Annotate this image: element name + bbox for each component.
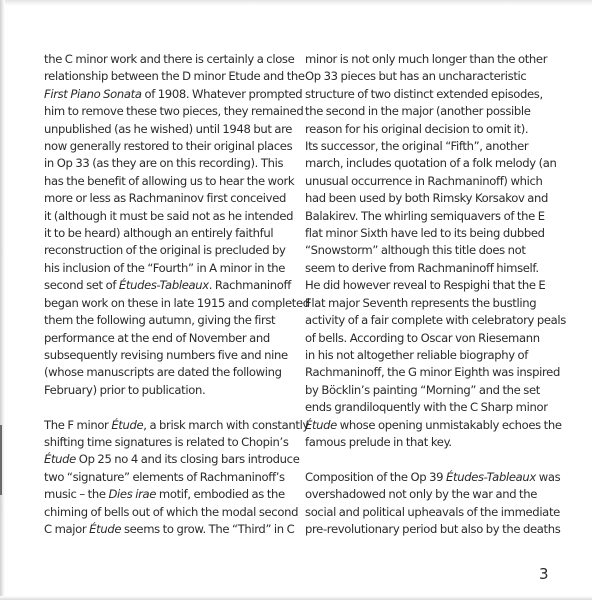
italic-title: Études-Tableaux — [119, 278, 209, 292]
text-run: whose opening unmistakably echoes the — [337, 418, 562, 432]
text-line: Rachmaninoff, the G minor Eighth was ins… — [305, 364, 567, 381]
right-text-column: minor is not only much longer than the o… — [305, 51, 567, 538]
text-line: Étude Op 25 no 4 and its closing bars in… — [44, 451, 294, 468]
text-run: C major — [44, 522, 89, 536]
page-top-edge — [0, 0, 592, 6]
text-line: march, includes quotation of a folk melo… — [305, 155, 567, 172]
text-line: pre-revolutionary period but also by the… — [305, 521, 567, 538]
paragraph: The F minor Étude, a brisk march with co… — [44, 417, 294, 539]
text-line: reason for his original decision to omit… — [305, 121, 567, 138]
text-run: (whose manuscripts are dated the followi… — [44, 365, 282, 379]
text-line: more or less as Rachmaninov first concei… — [44, 190, 294, 207]
text-line: C major Étude seems to grow. The “Third”… — [44, 521, 294, 538]
text-run: second set of — [44, 278, 119, 292]
text-line: two “signature” elements of Rachmaninoff… — [44, 469, 294, 486]
text-line: He did however reveal to Respighi that t… — [305, 277, 567, 294]
text-line: seem to derive from Rachmaninoff himself… — [305, 260, 567, 277]
left-text-column: the C minor work and there is certainly … — [44, 51, 294, 538]
text-run: in Op 33 (as they are on this recording)… — [44, 156, 283, 170]
text-line: First Piano Sonata of 1908. Whatever pro… — [44, 86, 294, 103]
text-run: them the following autumn, giving the fi… — [44, 313, 275, 327]
text-run: subsequently revising numbers five and n… — [44, 348, 288, 362]
text-run: had been used by both Rimsky Korsakov an… — [305, 191, 548, 205]
text-run: overshadowed not only by the war and the — [305, 487, 537, 501]
text-line: reconstruction of the original is preclu… — [44, 242, 294, 259]
page-number: 3 — [539, 565, 549, 583]
text-line: it (although it must be said not as he i… — [44, 208, 294, 225]
text-run: unusual occurrence in Rachmaninoff) whic… — [305, 174, 542, 188]
italic-title: Étude — [89, 522, 121, 536]
text-run: by Böcklin’s painting “Morning” and the … — [305, 383, 540, 397]
text-run: Op 33 pieces but has an uncharacteristic — [305, 69, 526, 83]
text-line: Composition of the Op 39 Études-Tableaux… — [305, 469, 567, 486]
text-line: Étude whose opening unmistakably echoes … — [305, 417, 567, 434]
paragraph: Composition of the Op 39 Études-Tableaux… — [305, 469, 567, 539]
text-line: his inclusion of the “Fourth” in A minor… — [44, 260, 294, 277]
text-line: structure of two distinct extended episo… — [305, 86, 567, 103]
italic-title: Dies irae — [108, 487, 156, 501]
text-run: , a brisk march with constantly — [143, 418, 309, 432]
text-run: in his not altogether reliable biography… — [305, 348, 528, 362]
italic-title: Étude — [305, 418, 337, 432]
text-run: famous prelude in that key. — [305, 435, 452, 449]
text-line: “Snowstorm” although this title does not — [305, 242, 567, 259]
italic-title: Études-Tableaux — [446, 470, 536, 484]
text-line: the C minor work and there is certainly … — [44, 51, 294, 68]
binding-shadow — [0, 425, 2, 495]
text-run: seems to grow. The “Third” in C — [121, 522, 294, 536]
text-line: The F minor Étude, a brisk march with co… — [44, 417, 294, 434]
text-run: relationship between the D minor Etude a… — [44, 69, 305, 83]
text-line: them the following autumn, giving the fi… — [44, 312, 294, 329]
text-run: Rachmaninoff, the G minor Eighth was ins… — [305, 365, 560, 379]
text-line: social and political upheavals of the im… — [305, 504, 567, 521]
paragraph: minor is not only much longer than the o… — [305, 51, 567, 451]
text-run: . Rachmaninoff — [209, 278, 291, 292]
text-line: unpublished (as he wished) until 1948 bu… — [44, 121, 294, 138]
text-line: in his not altogether reliable biography… — [305, 347, 567, 364]
text-line: second set of Études-Tableaux. Rachmanin… — [44, 277, 294, 294]
text-line: unusual occurrence in Rachmaninoff) whic… — [305, 173, 567, 190]
text-line: of bells. According to Oscar von Riesema… — [305, 330, 567, 347]
text-run: two “signature” elements of Rachmaninoff… — [44, 470, 285, 484]
text-run: music – the — [44, 487, 108, 501]
text-line: by Böcklin’s painting “Morning” and the … — [305, 382, 567, 399]
text-line: music – the Dies irae motif, embodied as… — [44, 486, 294, 503]
text-run: seem to derive from Rachmaninoff himself… — [305, 261, 539, 275]
text-run: The F minor — [44, 418, 111, 432]
text-line: has the benefit of allowing us to hear t… — [44, 173, 294, 190]
text-run: ends grandiloquently with the C Sharp mi… — [305, 400, 548, 414]
text-line: famous prelude in that key. — [305, 434, 567, 451]
text-line: had been used by both Rimsky Korsakov an… — [305, 190, 567, 207]
paragraph-gap — [44, 399, 294, 416]
italic-title: Étude — [111, 418, 143, 432]
text-run: Op 25 no 4 and its closing bars introduc… — [76, 452, 300, 466]
text-line: performance at the end of November and — [44, 330, 294, 347]
text-run: Balakirev. The whirling semiquavers of t… — [305, 209, 545, 223]
text-run: the C minor work and there is certainly … — [44, 52, 294, 66]
text-run: chiming of bells out of which the modal … — [44, 505, 298, 519]
text-run: his inclusion of the “Fourth” in A minor… — [44, 261, 285, 275]
text-run: the second in the major (another possibl… — [305, 104, 531, 118]
text-line: now generally restored to their original… — [44, 138, 294, 155]
page-bottom-edge — [0, 596, 592, 600]
text-line: began work on these in late 1915 and com… — [44, 295, 294, 312]
text-line: February) prior to publication. — [44, 382, 294, 399]
text-run: has the benefit of allowing us to hear t… — [44, 174, 294, 188]
text-run: Its successor, the original “Fifth”, ano… — [305, 139, 528, 153]
text-run: social and political upheavals of the im… — [305, 505, 560, 519]
text-line: activity of a fair complete with celebra… — [305, 312, 567, 329]
text-run: flat minor Sixth have led to its being d… — [305, 226, 545, 240]
text-run: began work on these in late 1915 and com… — [44, 296, 310, 310]
paragraph: the C minor work and there is certainly … — [44, 51, 294, 399]
text-run: it to be heard) although an entirely fai… — [44, 226, 273, 240]
text-line: flat minor Sixth have led to its being d… — [305, 225, 567, 242]
text-run: He did however reveal to Respighi that t… — [305, 278, 545, 292]
text-run: motif, embodied as the — [156, 487, 285, 501]
text-line: relationship between the D minor Etude a… — [44, 68, 294, 85]
text-run: march, includes quotation of a folk melo… — [305, 156, 557, 170]
text-run: unpublished (as he wished) until 1948 bu… — [44, 122, 292, 136]
text-run: performance at the end of November and — [44, 331, 270, 345]
text-run: Flat major Seventh represents the bustli… — [305, 296, 536, 310]
text-line: shifting time signatures is related to C… — [44, 434, 294, 451]
text-line: him to remove these two pieces, they rem… — [44, 103, 294, 120]
text-run: shifting time signatures is related to C… — [44, 435, 289, 449]
text-line: overshadowed not only by the war and the — [305, 486, 567, 503]
text-line: the second in the major (another possibl… — [305, 103, 567, 120]
text-run: of bells. According to Oscar von Riesema… — [305, 331, 540, 345]
page-left-edge — [0, 0, 5, 600]
italic-title: Étude — [44, 452, 76, 466]
text-line: ends grandiloquently with the C Sharp mi… — [305, 399, 567, 416]
italic-title: First Piano Sonata — [44, 87, 142, 101]
text-line: Balakirev. The whirling semiquavers of t… — [305, 208, 567, 225]
text-line: Flat major Seventh represents the bustli… — [305, 295, 567, 312]
text-run: was — [536, 470, 560, 484]
text-run: Composition of the Op 39 — [305, 470, 446, 484]
text-run: “Snowstorm” although this title does not — [305, 243, 526, 257]
text-line: Its successor, the original “Fifth”, ano… — [305, 138, 567, 155]
text-line: minor is not only much longer than the o… — [305, 51, 567, 68]
text-run: of 1908. Whatever prompted — [142, 87, 303, 101]
text-line: it to be heard) although an entirely fai… — [44, 225, 294, 242]
text-run: February) prior to publication. — [44, 383, 205, 397]
text-run: reconstruction of the original is preclu… — [44, 243, 286, 257]
text-line: Op 33 pieces but has an uncharacteristic — [305, 68, 567, 85]
text-run: it (although it must be said not as he i… — [44, 209, 293, 223]
text-line: (whose manuscripts are dated the followi… — [44, 364, 294, 381]
text-run: him to remove these two pieces, they rem… — [44, 104, 303, 118]
text-line: in Op 33 (as they are on this recording)… — [44, 155, 294, 172]
paragraph-gap — [305, 451, 567, 468]
text-line: chiming of bells out of which the modal … — [44, 504, 294, 521]
text-run: minor is not only much longer than the o… — [305, 52, 547, 66]
text-run: now generally restored to their original… — [44, 139, 292, 153]
text-run: pre-revolutionary period but also by the… — [305, 522, 560, 536]
text-run: reason for his original decision to omit… — [305, 122, 528, 136]
text-line: subsequently revising numbers five and n… — [44, 347, 294, 364]
text-run: activity of a fair complete with celebra… — [305, 313, 566, 327]
text-run: structure of two distinct extended episo… — [305, 87, 543, 101]
text-run: more or less as Rachmaninov first concei… — [44, 191, 286, 205]
